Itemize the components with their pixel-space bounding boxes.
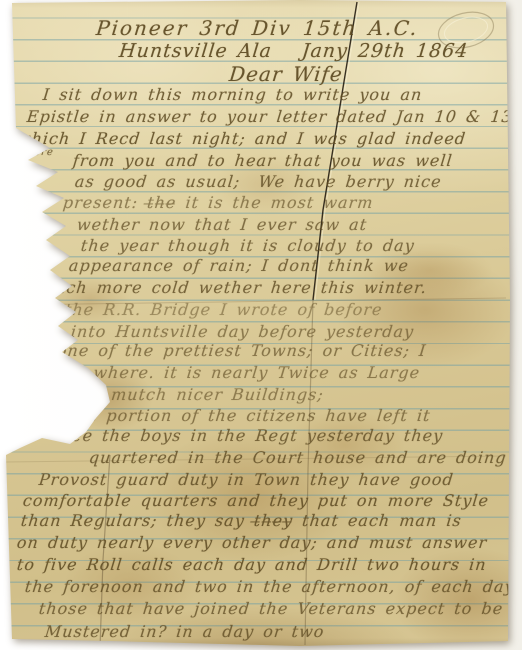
paper-shadow-wrap: Pioneer 3rd Div 15th A.C.Huntsville Ala … [0, 0, 522, 650]
letter-line: Mustered in? in a day or two [44, 622, 325, 641]
letter-line: comfortable quarters and they put on mor… [22, 491, 490, 510]
letter-line: which I Recd last night; and I was glad … [16, 129, 467, 148]
letter-line: I sit down this morning to write you an [42, 85, 423, 104]
letter-line: than Regulars; they say t̶h̶e̶y̶ that ea… [20, 511, 463, 530]
letter-line: ny where. it is nearly Twice as Large [62, 363, 421, 382]
letter-line: Provost guard duty in Town they have goo… [38, 470, 455, 489]
text-layer: Pioneer 3rd Div 15th A.C.Huntsville Ala … [0, 0, 522, 650]
letter-line: Dear Wife [228, 62, 344, 86]
letter-line: as good as usual; We have berry nice [74, 172, 443, 191]
letter-paper: Pioneer 3rd Div 15th A.C.Huntsville Ala … [0, 0, 522, 650]
letter-line: one of the prettiest Towns; or Cities; I [56, 341, 427, 360]
letter-line: appearance of rain; I dont think we [68, 256, 410, 275]
scan-background: Pioneer 3rd Div 15th A.C.Huntsville Ala … [0, 0, 522, 650]
letter-line: were [24, 147, 54, 158]
letter-line: Pioneer 3rd Div 15th A.C. [95, 16, 420, 40]
letter-line: into Huntsville day before yesterday [70, 322, 415, 341]
letter-line: the year though it is cloudy to day [80, 236, 416, 255]
letter-line: to five Roll calls each day and Drill tw… [16, 555, 488, 574]
letter-line: gest portion of the citizens have left i… [58, 406, 432, 425]
letter-line: the R.R. Bridge I wrote of before [64, 300, 384, 319]
letter-line: on duty nearly every other day; and must… [16, 533, 488, 552]
letter-line: from you and to hear that you was well [72, 151, 454, 170]
letter-line: see the boys in the Regt yesterday they [62, 426, 444, 445]
letter-line: and mutch nicer Buildings; [68, 385, 325, 404]
letter-line: the forenoon and two in the afternoon, o… [24, 577, 516, 596]
letter-line: present: t̶h̶e̶ it is the most warm [62, 193, 374, 212]
letter-line: tch more cold wether here this winter. [58, 278, 428, 297]
letter-line: wether now that I ever saw at [76, 215, 368, 234]
letter-line: Epistle in answer to your letter dated J… [26, 107, 522, 126]
letter-line: quartered in the Court house and are doi… [88, 448, 508, 467]
letter-line: Huntsville Ala Jany 29th 1864 [118, 40, 470, 62]
letter-line: those that have joined the Veterans expe… [38, 599, 504, 618]
